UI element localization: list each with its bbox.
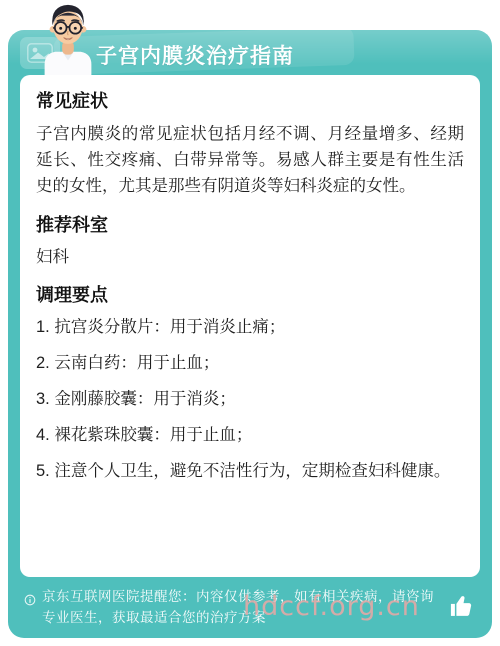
info-icon — [24, 594, 36, 606]
care-item-1: 1. 抗宫炎分散片：用于消炎止痛； — [36, 315, 464, 340]
care-item-3: 3. 金刚藤胶囊：用于消炎； — [36, 387, 464, 412]
guide-card: 子宫内膜炎治疗指南 常见症状 子宫内膜炎的常见症状包括月经不调、月经量增多、经期… — [8, 30, 492, 638]
doctor-avatar — [38, 2, 98, 78]
department-text: 妇科 — [36, 245, 464, 269]
care-item-5: 5. 注意个人卫生，避免不洁性行为，定期检查妇科健康。 — [36, 459, 464, 484]
care-heading: 调理要点 — [36, 281, 464, 307]
page-title: 子宫内膜炎治疗指南 — [96, 40, 294, 70]
footer: 京东互联网医院提醒您：内容仅供参考，如有相关疾病，请咨询专业医生，获取最适合您的… — [22, 586, 478, 634]
disclaimer-text: 京东互联网医院提醒您：内容仅供参考，如有相关疾病，请咨询专业医生，获取最适合您的… — [42, 586, 448, 628]
page: 子宫内膜炎治疗指南 常见症状 子宫内膜炎的常见症状包括月经不调、月经量增多、经期… — [0, 0, 500, 646]
symptoms-text: 子宫内膜炎的常见症状包括月经不调、月经量增多、经期延长、性交疼痛、白带异常等。易… — [36, 121, 464, 199]
symptoms-heading: 常见症状 — [36, 87, 464, 113]
content-panel: 常见症状 子宫内膜炎的常见症状包括月经不调、月经量增多、经期延长、性交疼痛、白带… — [20, 75, 480, 577]
care-item-2: 2. 云南白药：用于止血； — [36, 351, 464, 376]
care-item-4: 4. 裸花紫珠胶囊：用于止血； — [36, 423, 464, 448]
thumbs-up-icon — [448, 592, 476, 620]
thumbs-up-button[interactable] — [448, 592, 476, 620]
department-heading: 推荐科室 — [36, 211, 464, 237]
